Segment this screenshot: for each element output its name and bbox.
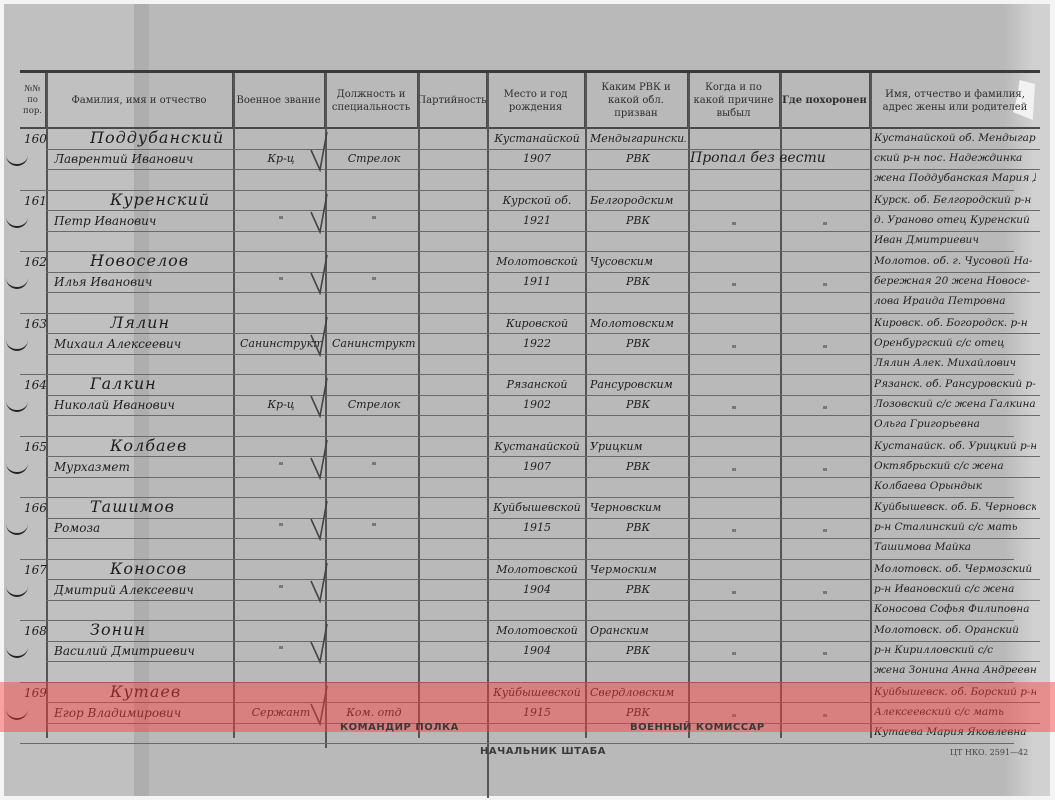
table-row: 165КолбаевМурхазмет""Кустанайской1907Ури… (0, 436, 1055, 498)
given-names: Лаврентий Иванович (54, 152, 193, 166)
surname: Поддубанский (90, 128, 224, 147)
draft-office-suffix: РВК (590, 398, 686, 411)
relative-address-line: Октябрьский с/с жена (874, 460, 1036, 472)
relative-address-line: Коносова Софья Филиповна (874, 603, 1036, 615)
position: " (332, 460, 416, 473)
header-name: Фамилия, имя и отчество (46, 73, 233, 128)
checkmark-icon (6, 644, 28, 658)
relative-address-line: р-н Кирилловский с/с (874, 644, 1036, 656)
table-row: 163ЛялинМихаил АлексеевичСанинструкторСа… (0, 313, 1055, 375)
departure-reason: " (690, 343, 778, 356)
form-number: ЦТ НКО. 2591—42 (950, 748, 1028, 757)
relative-address-line: р-н Ивановский с/с жена (874, 583, 1036, 595)
birth-year: 1915 (490, 521, 584, 534)
departure-reason: " (690, 527, 778, 540)
departure-reason: " (690, 466, 778, 479)
table-row: 162НовоселовИлья Иванович""Молотовской19… (0, 251, 1055, 313)
draft-office-suffix: РВК (590, 460, 686, 473)
draft-office: Рансуровским (590, 378, 686, 391)
departure-reason: " (690, 650, 778, 663)
header-when: Когда и по какой причине выбыл (688, 73, 780, 128)
checkmark-icon (6, 398, 28, 412)
burial-place: " (782, 466, 868, 479)
surname: Куренский (110, 190, 210, 209)
surname: Новоселов (90, 251, 189, 270)
birth-year: 1904 (490, 583, 584, 596)
verification-tick-icon (310, 563, 328, 603)
entry-number: 167 (24, 563, 47, 577)
position: " (332, 521, 416, 534)
burial-place: " (782, 650, 868, 663)
entry-number: 165 (24, 440, 47, 454)
birth-year: 1922 (490, 337, 584, 350)
signature-regiment-commander: КОМАНДИР ПОЛКА (340, 722, 459, 733)
relative-address-line: жена Поддубанская Мария Д. (874, 172, 1036, 184)
header-position: Должность и специальность (325, 73, 418, 128)
position: Санинструктор (332, 337, 416, 350)
table-row: 160ПоддубанскийЛаврентий ИвановичКр-цСтр… (0, 128, 1055, 190)
relative-address-line: Кировск. об. Богородск. р-н (874, 317, 1036, 329)
verification-tick-icon (310, 317, 328, 357)
draft-office: Белгородским (590, 194, 686, 207)
relative-address-line: лова Ираида Петровна (874, 295, 1036, 307)
table-row: 164ГалкинНиколай ИвановичКр-цСтрелокРяза… (0, 374, 1055, 436)
relative-address-line: Ольга Григорьевна (874, 418, 1036, 430)
verification-tick-icon (310, 255, 328, 295)
signature-military-commissar: ВОЕННЫЙ КОМИССАР (630, 722, 765, 733)
surname: Коносов (110, 559, 187, 578)
position: " (332, 214, 416, 227)
birth-place: Рязанской (490, 378, 584, 391)
entry-number: 160 (24, 132, 47, 146)
draft-office: Чусовским (590, 255, 686, 268)
relative-address-line: жена Зонина Анна Андреевна (874, 664, 1036, 676)
draft-office: Оранским (590, 624, 686, 637)
relative-address-line: Кустанайск. об. Урицкий р-н (874, 440, 1036, 452)
relative-address-line: Лялин Алек. Михайлович (874, 357, 1036, 369)
given-names: Михаил Алексеевич (54, 337, 181, 351)
draft-office: Черновским (590, 501, 686, 514)
relative-address-line: Молотовск. об. Оранский (874, 624, 1036, 636)
relative-address-line: Кустанайской об. Мендыгарин- (874, 132, 1036, 144)
burial-place: " (782, 527, 868, 540)
birth-place: Кировской (490, 317, 584, 330)
surname: Ташимов (90, 497, 175, 516)
relative-address-line: Рязанск. об. Рансуровский р-н (874, 378, 1036, 390)
draft-office: Урицким (590, 440, 686, 453)
birth-place: Кустанайской (490, 440, 584, 453)
relative-address-line: д. Ураново отец Куренский (874, 214, 1036, 226)
birth-year: 1907 (490, 460, 584, 473)
birth-year: 1911 (490, 275, 584, 288)
burial-place: " (782, 343, 868, 356)
given-names: Мурхазмет (54, 460, 130, 474)
position: Стрелок (332, 398, 416, 411)
table-row: 166ТашимовРомоза""Куйбышевской1915Чернов… (0, 497, 1055, 559)
given-names: Николай Иванович (54, 398, 175, 412)
entry-number: 166 (24, 501, 47, 515)
entry-number: 168 (24, 624, 47, 638)
birth-place: Молотовской (490, 563, 584, 576)
draft-office-suffix: РВК (590, 214, 686, 227)
birth-place: Куйбышевской (490, 501, 584, 514)
burial-place: " (782, 220, 868, 233)
relative-address-line: р-н Сталинский с/с мать (874, 521, 1036, 533)
birth-place: Молотовской (490, 624, 584, 637)
relative-address-line: Ташимова Майка (874, 541, 1036, 553)
birth-year: 1921 (490, 214, 584, 227)
checkmark-icon (6, 214, 28, 228)
header-rank: Военное звание (233, 73, 325, 128)
entry-number: 164 (24, 378, 47, 392)
surname: Колбаев (110, 436, 187, 455)
table-row: 167КоносовДмитрий Алексеевич"Молотовской… (0, 559, 1055, 621)
verification-tick-icon (310, 378, 328, 418)
relative-address-line: Курск. об. Белгородский р-н (874, 194, 1036, 206)
checkmark-icon (6, 152, 28, 166)
departure-reason: " (690, 589, 778, 602)
relative-address-line: Колбаева Орындык (874, 480, 1036, 492)
checkmark-icon (6, 460, 28, 474)
burial-place: " (782, 589, 868, 602)
header-no: №№ по пор. (20, 73, 46, 128)
entry-number: 163 (24, 317, 47, 331)
relative-address-line: Оренбургский с/с отец (874, 337, 1036, 349)
given-names: Василий Дмитриевич (54, 644, 195, 658)
draft-office: Молотовским (590, 317, 686, 330)
birth-place: Кустанайской (490, 132, 584, 145)
draft-office: Мендыгаринским (590, 132, 686, 145)
header-birth: Место и год рождения (487, 73, 585, 128)
departure-reason: Пропал без вести (690, 150, 865, 166)
given-names: Ромоза (54, 521, 100, 535)
relative-address-line: Молотов. об. г. Чусовой На- (874, 255, 1036, 267)
birth-place: Курской об. (490, 194, 584, 207)
header-party: Партийность (418, 73, 487, 128)
draft-office-suffix: РВК (590, 275, 686, 288)
birth-year: 1907 (490, 152, 584, 165)
verification-tick-icon (310, 624, 328, 664)
surname: Зонин (90, 620, 146, 639)
departure-reason: " (690, 220, 778, 233)
relative-address-line: ский р-н пос. Надеждинка (874, 152, 1036, 164)
departure-reason: " (690, 404, 778, 417)
header-draft: Каким РВК и какой обл. призван (585, 73, 688, 128)
row-highlight-169 (0, 682, 1055, 732)
relative-address-line: Лозовский с/с жена Галкина (874, 398, 1036, 410)
table-row: 161КуренскийПетр Иванович""Курской об.19… (0, 190, 1055, 252)
surname: Лялин (110, 313, 170, 332)
signature-chief-of-staff: НАЧАЛЬНИК ШТАБА (480, 746, 606, 757)
checkmark-icon (6, 583, 28, 597)
checkmark-icon (6, 521, 28, 535)
departure-reason: " (690, 281, 778, 294)
given-names: Дмитрий Алексеевич (54, 583, 194, 597)
surname: Галкин (90, 374, 157, 393)
entry-number: 162 (24, 255, 47, 269)
checkmark-icon (6, 337, 28, 351)
draft-office-suffix: РВК (590, 337, 686, 350)
relative-address-line: Молотовск. об. Чермозский (874, 563, 1036, 575)
header-relatives: Имя, отчество и фамилия, адрес жены или … (870, 73, 1040, 128)
given-names: Илья Иванович (54, 275, 152, 289)
relative-address-line: Куйбышевск. об. Б. Черновский (874, 501, 1036, 513)
relative-address-line: Иван Дмитриевич (874, 234, 1036, 246)
position: Стрелок (332, 152, 416, 165)
draft-office-suffix: РВК (590, 521, 686, 534)
draft-office-suffix: РВК (590, 583, 686, 596)
draft-office-suffix: РВК (590, 152, 686, 165)
entry-number: 161 (24, 194, 47, 208)
verification-tick-icon (310, 194, 328, 234)
header-buried: Где похоронен (780, 73, 870, 128)
burial-place: " (782, 281, 868, 294)
verification-tick-icon (310, 440, 328, 480)
birth-place: Молотовской (490, 255, 584, 268)
draft-office: Чермоским (590, 563, 686, 576)
verification-tick-icon (310, 501, 328, 541)
checkmark-icon (6, 275, 28, 289)
position: " (332, 275, 416, 288)
table-row: 168ЗонинВасилий Дмитриевич"Молотовской19… (0, 620, 1055, 682)
relative-address-line: бережная 20 жена Новосе- (874, 275, 1036, 287)
burial-place: " (782, 404, 868, 417)
draft-office-suffix: РВК (590, 644, 686, 657)
birth-year: 1904 (490, 644, 584, 657)
verification-tick-icon (310, 132, 328, 172)
birth-year: 1902 (490, 398, 584, 411)
given-names: Петр Иванович (54, 214, 156, 228)
